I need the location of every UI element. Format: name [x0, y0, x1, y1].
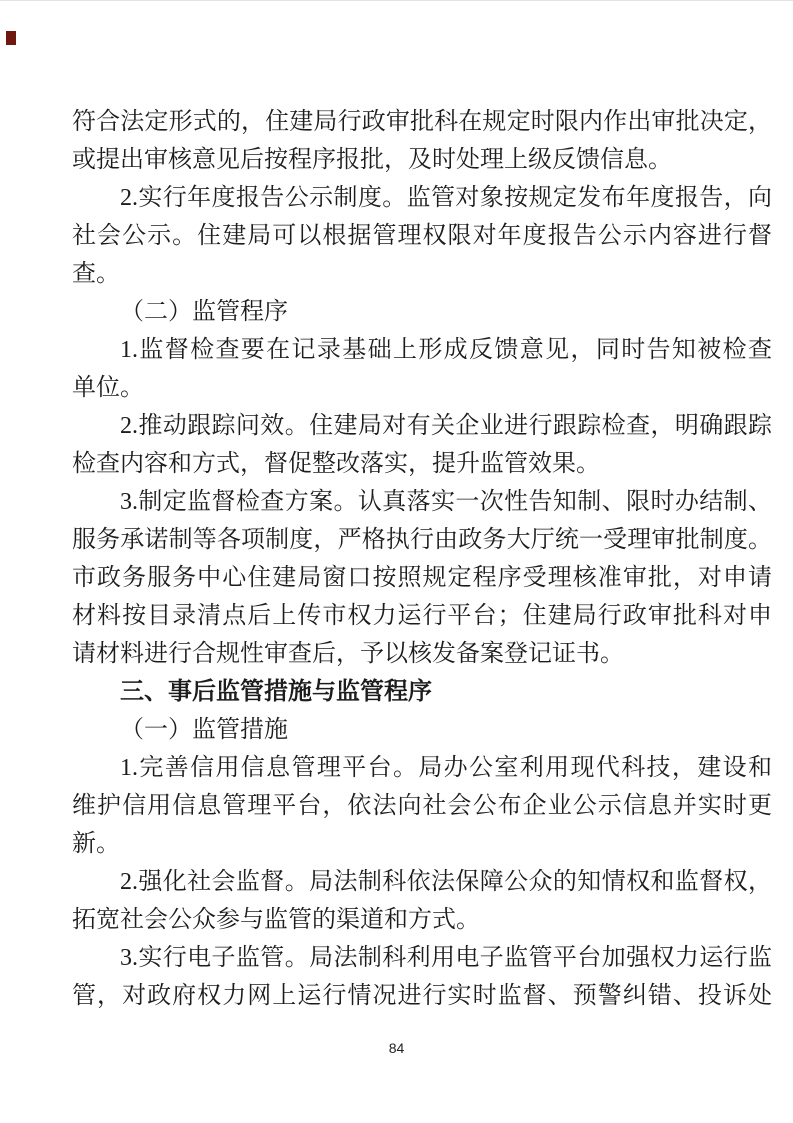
- document-body: 符合法定形式的，住建局行政审批科在规定时限内作出审批决定，或提出审核意见后按程序…: [72, 103, 772, 1015]
- text-line: 材料按目录清点后上传市权力运行平台；住建局行政审批科对申: [72, 597, 772, 635]
- text-line: （一）监管措施: [72, 711, 772, 749]
- text-line: 1.完善信用信息管理平台。局办公室利用现代科技，建设和: [72, 749, 772, 787]
- red-mark-artifact: [6, 31, 16, 45]
- text-line: 拓宽社会公众参与监管的渠道和方式。: [72, 901, 772, 939]
- text-line: 社会公示。住建局可以根据管理权限对年度报告公示内容进行督: [72, 217, 772, 255]
- text-line: 维护信用信息管理平台，依法向社会公布企业公示信息并实时更: [72, 787, 772, 825]
- text-line: 符合法定形式的，住建局行政审批科在规定时限内作出审批决定，: [72, 103, 772, 141]
- text-line: 检查内容和方式，督促整改落实，提升监管效果。: [72, 445, 772, 483]
- text-line: 1.监督检查要在记录基础上形成反馈意见，同时告知被检查: [72, 331, 772, 369]
- text-line: 单位。: [72, 369, 772, 407]
- text-line: 3.实行电子监管。局法制科利用电子监管平台加强权力运行监: [72, 939, 772, 977]
- text-line: 市政务服务中心住建局窗口按照规定程序受理核准审批，对申请: [72, 559, 772, 597]
- text-line: 请材料进行合规性审查后，予以核发备案登记证书。: [72, 635, 772, 673]
- document-page: 符合法定形式的，住建局行政审批科在规定时限内作出审批决定，或提出审核意见后按程序…: [0, 0, 793, 1123]
- text-line: 服务承诺制等各项制度，严格执行由政务大厅统一受理审批制度。: [72, 521, 772, 559]
- text-line: 新。: [72, 825, 772, 863]
- text-line: 或提出审核意见后按程序报批，及时处理上级反馈信息。: [72, 141, 772, 179]
- text-line: 2.实行年度报告公示制度。监管对象按规定发布年度报告，向: [72, 179, 772, 217]
- text-line: 三、事后监管措施与监管程序: [72, 673, 772, 711]
- text-line: 查。: [72, 255, 772, 293]
- text-line: （二）监管程序: [72, 293, 772, 331]
- text-line: 3.制定监督检查方案。认真落实一次性告知制、限时办结制、: [72, 483, 772, 521]
- text-line: 管，对政府权力网上运行情况进行实时监督、预警纠错、投诉处: [72, 977, 772, 1015]
- page-number: 84: [0, 1040, 793, 1056]
- text-line: 2.强化社会监督。局法制科依法保障公众的知情权和监督权，: [72, 863, 772, 901]
- text-line: 2.推动跟踪问效。住建局对有关企业进行跟踪检查，明确跟踪: [72, 407, 772, 445]
